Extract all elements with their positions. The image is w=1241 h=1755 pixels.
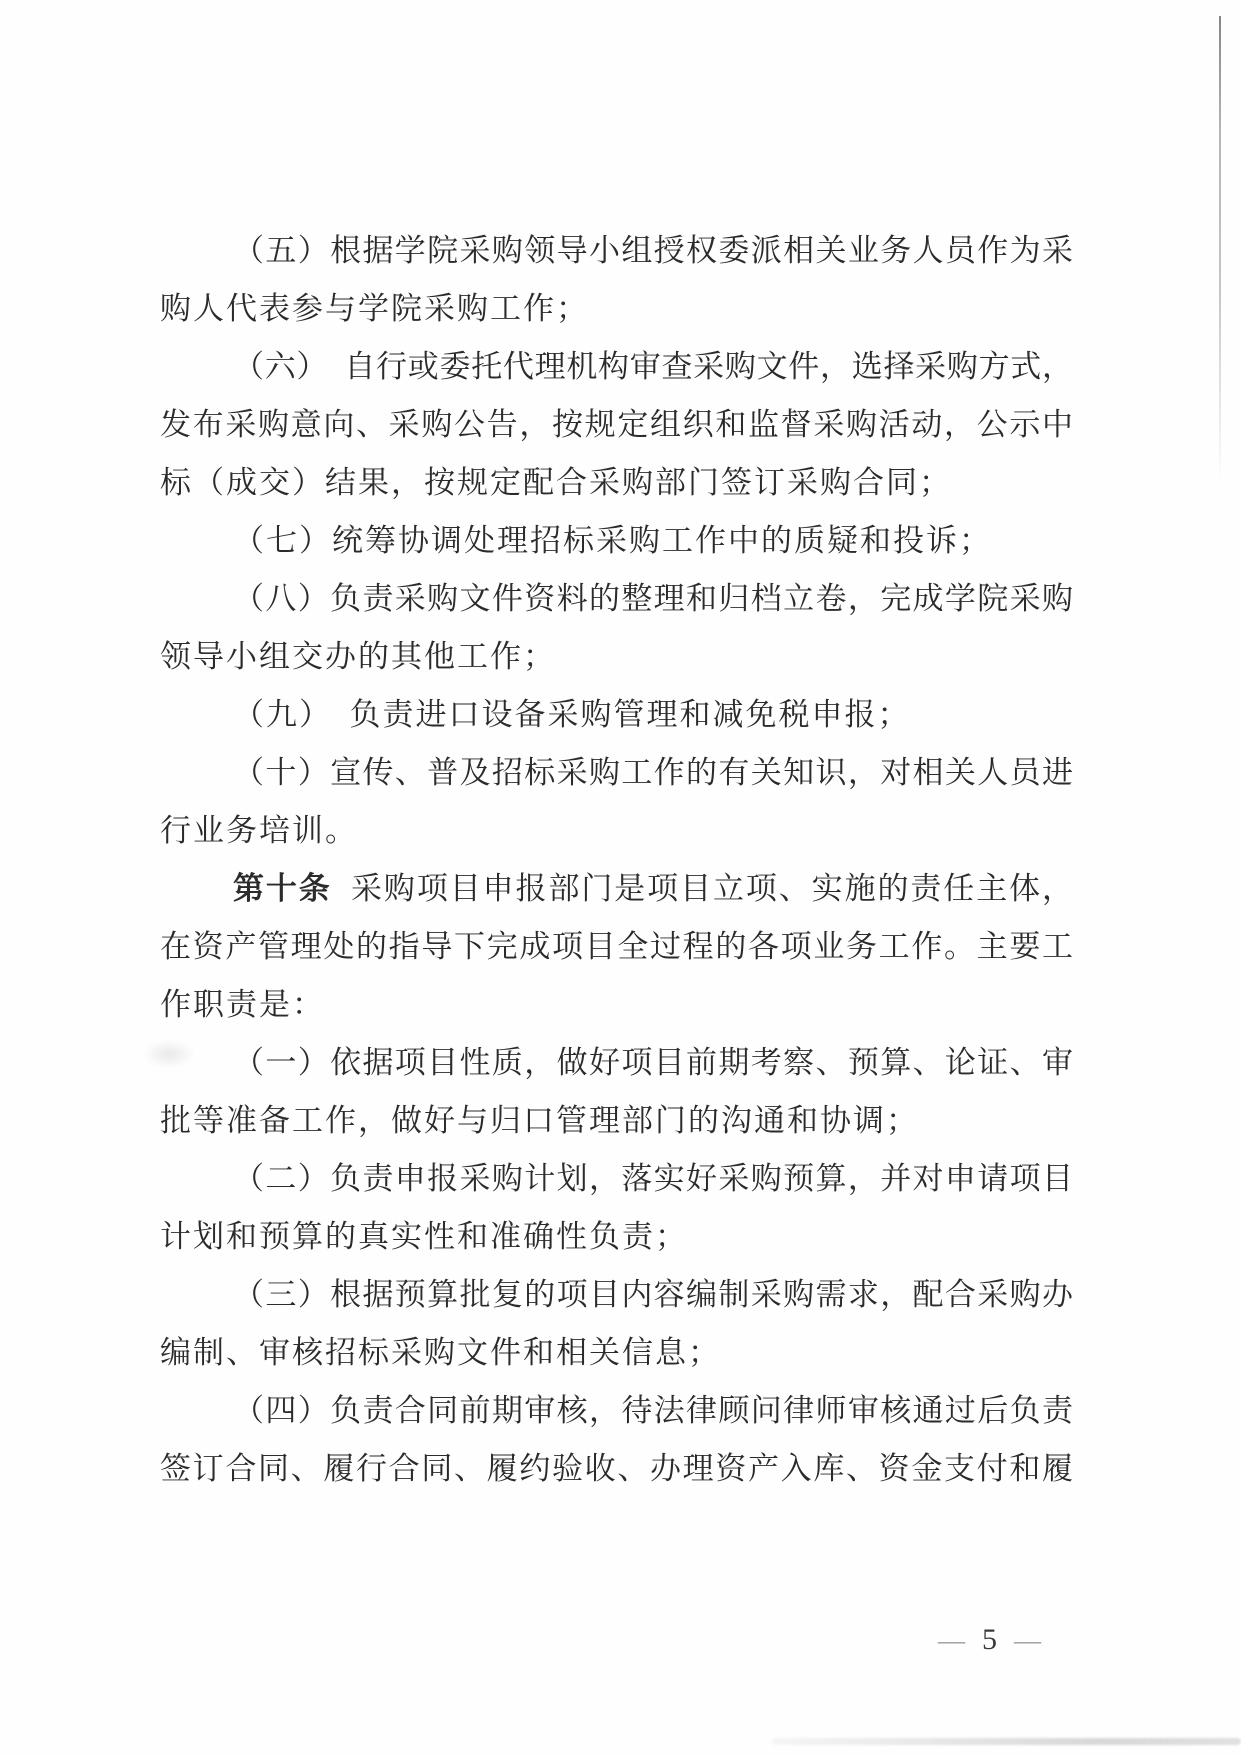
text-line: 标（成交）结果，按规定配合采购部门签订采购合同；	[160, 454, 1073, 512]
text-line: （二）负责申报采购计划，落实好采购预算，并对申请项目	[160, 1150, 1073, 1208]
scan-artifact-bottom-smudge	[772, 1738, 1241, 1745]
scan-artifact-left-smudge	[143, 1040, 195, 1068]
text-line: 作职责是：	[160, 976, 1073, 1034]
text-line: 编制、审核招标采购文件和相关信息；	[160, 1324, 1073, 1382]
scan-artifact-vertical-line	[1219, 16, 1221, 481]
text-line: （三）根据预算批复的项目内容编制采购需求，配合采购办	[160, 1266, 1073, 1324]
text-line: 批等准备工作，做好与归口管理部门的沟通和协调；	[160, 1092, 1073, 1150]
text-line: 发布采购意向、采购公告，按规定组织和监督采购活动，公示中	[160, 396, 1073, 454]
text-line: （五）根据学院采购领导小组授权委派相关业务人员作为采	[160, 222, 1073, 280]
article-number-bold: 第十条	[233, 871, 332, 906]
text-line: （八）负责采购文件资料的整理和归档立卷，完成学院采购	[160, 570, 1073, 628]
document-body: （五）根据学院采购领导小组授权委派相关业务人员作为采购人代表参与学院采购工作；（…	[160, 222, 1073, 1498]
text-line: （七）统筹协调处理招标采购工作中的质疑和投诉；	[160, 512, 1073, 570]
text-line: 计划和预算的真实性和准确性负责；	[160, 1208, 1073, 1266]
scanned-document-page: （五）根据学院采购领导小组授权委派相关业务人员作为采购人代表参与学院采购工作；（…	[0, 0, 1241, 1755]
text-line: （四）负责合同前期审核，待法律顾问律师审核通过后负责	[160, 1382, 1073, 1440]
text-line: 购人代表参与学院采购工作；	[160, 280, 1073, 338]
text-line: 在资产管理处的指导下完成项目全过程的各项业务工作。主要工	[160, 918, 1073, 976]
text-line: 领导小组交办的其他工作；	[160, 628, 1073, 686]
text-line: 第十条 采购项目申报部门是项目立项、实施的责任主体，	[160, 860, 1073, 918]
text-line: （六） 自行或委托代理机构审查采购文件，选择采购方式，	[160, 338, 1073, 396]
page-footer: — 5 —	[938, 1616, 1041, 1664]
page-number-dash-right: —	[1014, 1616, 1041, 1664]
text-line: （一）依据项目性质，做好项目前期考察、预算、论证、审	[160, 1034, 1073, 1092]
text-line: （十）宣传、普及招标采购工作的有关知识，对相关人员进	[160, 744, 1073, 802]
page-number-dash-left: —	[938, 1616, 965, 1664]
page-number: 5	[982, 1616, 997, 1664]
text-line: 签订合同、履行合同、履约验收、办理资产入库、资金支付和履	[160, 1440, 1073, 1498]
text-line: 行业务培训。	[160, 802, 1073, 860]
text-line: （九） 负责进口设备采购管理和减免税申报；	[160, 686, 1073, 744]
